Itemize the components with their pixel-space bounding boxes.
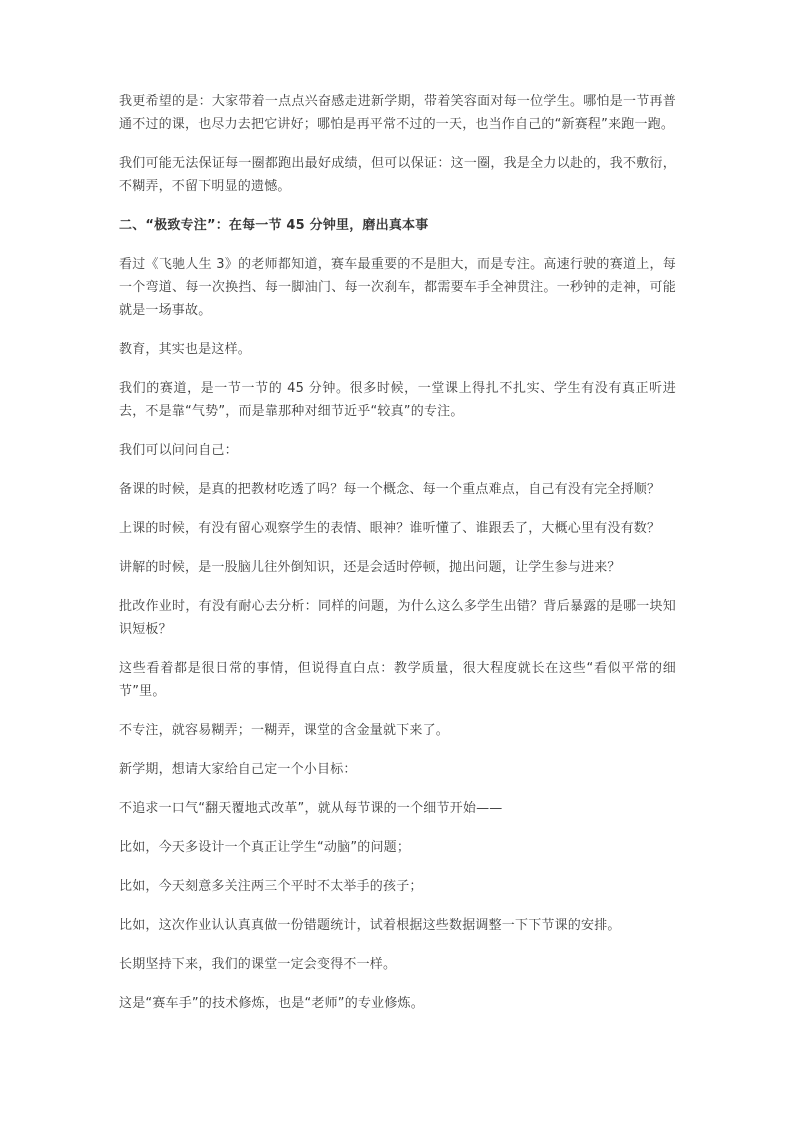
paragraph: 不专注，就容易糊弄；一糊弄，课堂的含金量就下来了。	[119, 719, 676, 742]
paragraph: 长期坚持下来，我们的课堂一定会变得不一样。	[119, 953, 676, 976]
paragraph: 批改作业时，有没有耐心去分析：同样的问题，为什么这么多学生出错？背后暴露的是哪一…	[119, 595, 676, 641]
paragraph: 我们的赛道，是一节一节的 45 分钟。很多时候，一堂课上得扎不扎实、学生有没有真…	[119, 377, 676, 423]
paragraph: 比如，今天刻意多关注两三个平时不太举手的孩子；	[119, 875, 676, 898]
paragraph: 看过《飞驰人生 3》的老师都知道，赛车最重要的不是胆大，而是专注。高速行驶的赛道…	[119, 253, 676, 322]
paragraph: 我们可能无法保证每一圈都跑出最好成绩，但可以保证：这一圈，我是全力以赴的，我不敷…	[119, 152, 676, 198]
paragraph: 备课的时候，是真的把教材吃透了吗？每一个概念、每一个重点难点，自己有没有完全捋顺…	[119, 478, 676, 501]
paragraph: 我们可以问问自己：	[119, 439, 676, 462]
paragraph: 新学期，想请大家给自己定一个小目标：	[119, 758, 676, 781]
document-body: 我更希望的是：大家带着一点点兴奋感走进新学期，带着笑容面对每一位学生。哪怕是一节…	[119, 90, 676, 1015]
document-page: 我更希望的是：大家带着一点点兴奋感走进新学期，带着笑容面对每一位学生。哪怕是一节…	[0, 0, 793, 1122]
paragraph: 这是“赛车手”的技术修炼，也是“老师”的专业修炼。	[119, 992, 676, 1015]
paragraph: 这些看着都是很日常的事情，但说得直白点：教学质量，很大程度就长在这些“看似平常的…	[119, 657, 676, 703]
paragraph: 不追求一口气“翻天覆地式改革”，就从每节课的一个细节开始——	[119, 797, 676, 820]
paragraph: 讲解的时候，是一股脑儿往外倒知识，还是会适时停顿，抛出问题，让学生参与进来？	[119, 556, 676, 579]
paragraph: 我更希望的是：大家带着一点点兴奋感走进新学期，带着笑容面对每一位学生。哪怕是一节…	[119, 90, 676, 136]
paragraph: 上课的时候，有没有留心观察学生的表情、眼神？谁听懂了、谁跟丢了，大概心里有没有数…	[119, 517, 676, 540]
paragraph: 教育，其实也是这样。	[119, 338, 676, 361]
section-heading: 二、“极致专注”：在每一节 45 分钟里，磨出真本事	[119, 214, 676, 237]
paragraph: 比如，这次作业认认真真做一份错题统计，试着根据这些数据调整一下下节课的安排。	[119, 914, 676, 937]
paragraph: 比如，今天多设计一个真正让学生“动脑”的问题；	[119, 836, 676, 859]
